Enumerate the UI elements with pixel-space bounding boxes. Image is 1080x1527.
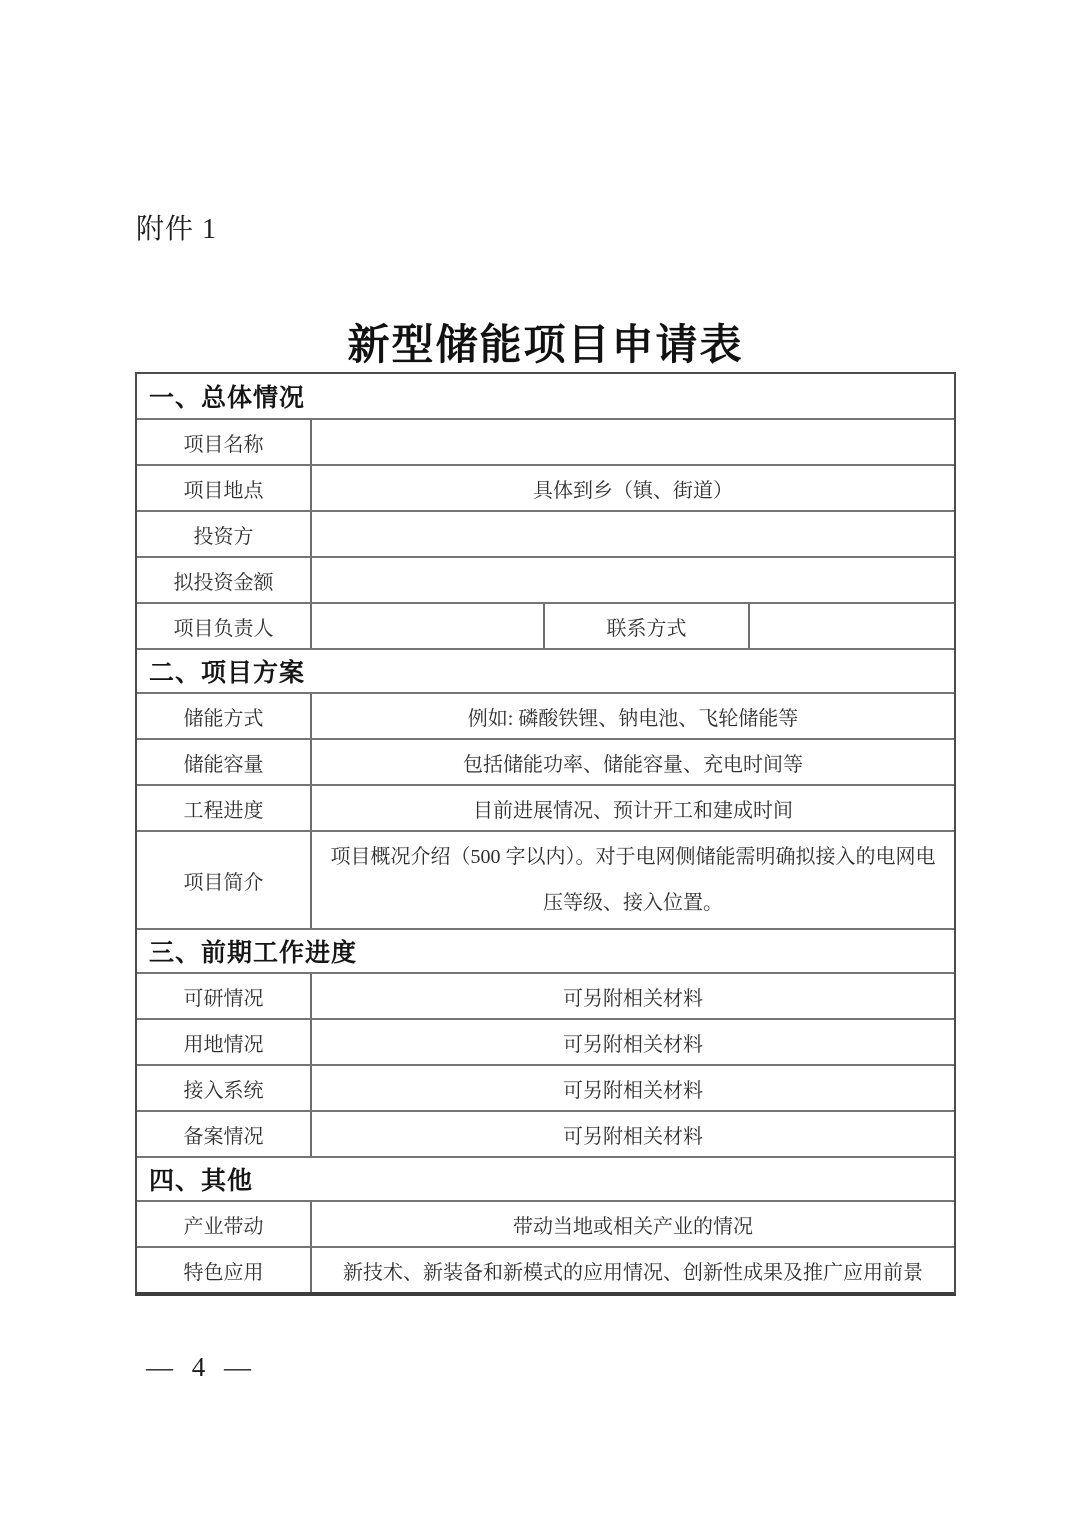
section-heading-others: 四、其他 [137,1156,954,1200]
table-row-land-use: 用地情况 可另附相关材料 [137,1018,954,1064]
row-value [312,604,545,648]
row-label: 项目负责人 [137,604,312,648]
row-value [312,512,954,556]
row-label: 可研情况 [137,974,312,1018]
row-value [312,558,954,602]
application-form-table: 一、总体情况 项目名称 项目地点 具体到乡（镇、街道） 投资方 拟投资金额 项目… [135,372,956,1296]
row-label: 备案情况 [137,1112,312,1156]
section-heading-text: 三、前期工作进度 [149,933,357,969]
section-heading-text: 一、总体情况 [149,378,305,414]
row-value: 包括储能功率、储能容量、充电时间等 [312,740,954,784]
table-row-investor: 投资方 [137,510,954,556]
table-row-storage-capacity: 储能容量 包括储能功率、储能容量、充电时间等 [137,738,954,784]
section-heading-text: 二、项目方案 [149,653,305,689]
row-value: 带动当地或相关产业的情况 [312,1202,954,1246]
table-row-featured-application: 特色应用 新技术、新装备和新模式的应用情况、创新性成果及推广应用前景 [137,1246,954,1292]
row-label: 工程进度 [137,786,312,830]
row-label: 储能容量 [137,740,312,784]
row-value: 可另附相关材料 [312,1020,954,1064]
row-value-contact [750,604,954,648]
row-label: 用地情况 [137,1020,312,1064]
row-value: 新技术、新装备和新模式的应用情况、创新性成果及推广应用前景 [312,1248,954,1292]
page-number: — 4 — [146,1352,257,1383]
row-value: 可另附相关材料 [312,1066,954,1110]
section-heading-preliminary-work: 三、前期工作进度 [137,928,954,972]
row-value: 目前进展情况、预计开工和建成时间 [312,786,954,830]
row-label: 产业带动 [137,1202,312,1246]
table-row-project-location: 项目地点 具体到乡（镇、街道） [137,464,954,510]
row-label: 项目名称 [137,420,312,464]
table-row-storage-type: 储能方式 例如: 磷酸铁锂、钠电池、飞轮储能等 [137,692,954,738]
table-row-project-leader: 项目负责人 联系方式 [137,602,954,648]
row-value: 例如: 磷酸铁锂、钠电池、飞轮储能等 [312,694,954,738]
table-row-feasibility-study: 可研情况 可另附相关材料 [137,972,954,1018]
row-value: 具体到乡（镇、街道） [312,466,954,510]
row-label: 储能方式 [137,694,312,738]
page-title: 新型储能项目申请表 [135,312,956,372]
row-label: 投资方 [137,512,312,556]
row-label: 拟投资金额 [137,558,312,602]
row-value [312,420,954,464]
section-heading-text: 四、其他 [149,1161,253,1197]
row-value: 可另附相关材料 [312,1112,954,1156]
row-label: 特色应用 [137,1248,312,1292]
table-row-grid-connection: 接入系统 可另附相关材料 [137,1064,954,1110]
table-row-industry-driving: 产业带动 带动当地或相关产业的情况 [137,1200,954,1246]
document-page: { "page": { "attachment_label": "附件 1", … [0,0,1080,1527]
table-row-filing-status: 备案情况 可另附相关材料 [137,1110,954,1156]
table-row-project-summary: 项目简介 项目概况介绍（500 字以内）。对于电网侧储能需明确拟接入的电网电压等… [137,830,954,928]
row-label-contact: 联系方式 [545,604,750,648]
table-row-project-name: 项目名称 [137,418,954,464]
row-label: 项目简介 [137,832,312,928]
row-label: 项目地点 [137,466,312,510]
row-value: 可另附相关材料 [312,974,954,1018]
table-row-investment-amount: 拟投资金额 [137,556,954,602]
row-label: 接入系统 [137,1066,312,1110]
attachment-label: 附件 1 [136,207,217,247]
table-row-project-progress: 工程进度 目前进展情况、预计开工和建成时间 [137,784,954,830]
row-value: 项目概况介绍（500 字以内）。对于电网侧储能需明确拟接入的电网电压等级、接入位… [312,832,954,928]
section-heading-project-plan: 二、项目方案 [137,648,954,692]
section-heading-overview: 一、总体情况 [137,374,954,418]
